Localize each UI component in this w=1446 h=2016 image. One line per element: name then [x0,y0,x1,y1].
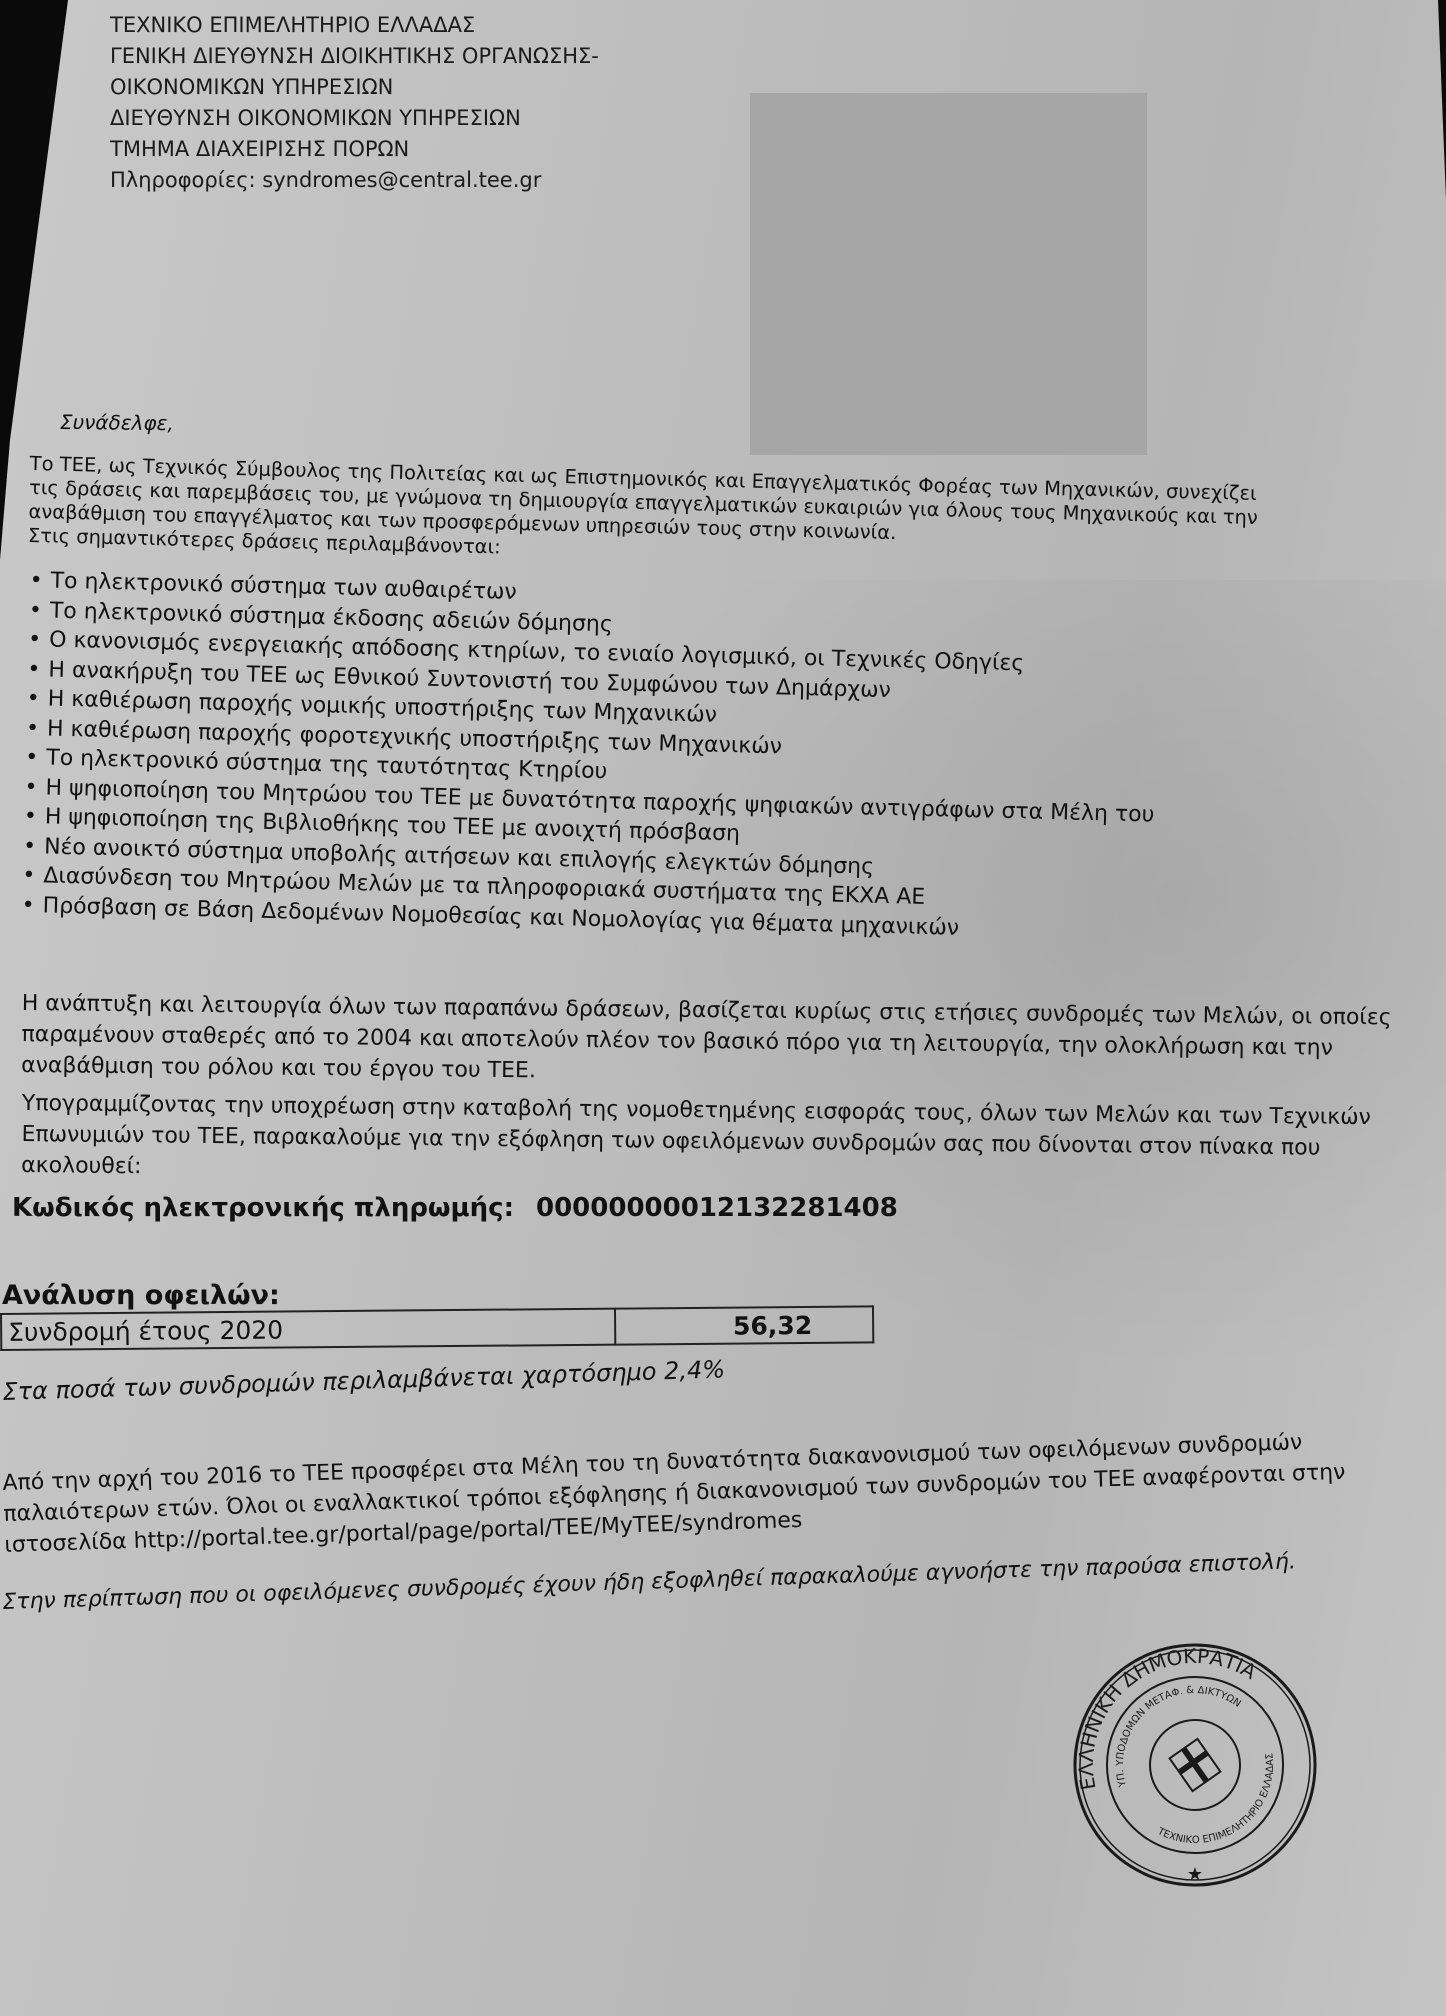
redacted-address-block [750,93,1147,455]
header-line: ΤΕΧΝΙΚΟ ΕΠΙΜΕΛΗΤΗΡΙΟ ΕΛΛΑΔΑΣ [110,10,599,41]
svg-text:ΕΛΛΗΝΙΚΗ ΔΗΜΟΚΡΑΤΙΑ: ΕΛΛΗΝΙΚΗ ΔΗΜΟΚΡΑΤΙΑ [1070,1640,1267,1800]
debts-title: Ανάλυση οφειλών: [2,1280,280,1311]
funding-paragraph: Η ανάπτυξη και λειτουργία όλων των παραπ… [21,988,1392,1095]
header-line: ΓΕΝΙΚΗ ΔΙΕΥΘΥΝΣΗ ΔΙΟΙΚΗΤΙΚΗΣ ΟΡΓΑΝΩΣΗΣ- [110,41,599,72]
debt-label: Συνδρομή έτους 2020 [1,1309,615,1350]
actions-list: Το ηλεκτρονικό σύστημα των αυθαιρέτων Το… [21,566,1159,948]
payment-code-value: 00000000012132281408 [536,1193,898,1223]
header-line: ΟΙΚΟΝΟΜΙΚΩΝ ΥΠΗΡΕΣΙΩΝ [110,72,599,103]
official-seal-icon: ΕΛΛΗΝΙΚΗ ΔΗΜΟΚΡΑΤΙΑ ΥΠ. ΥΠΟΔΟΜΩΝ ΜΕΤΑΦ. … [1070,1640,1320,1890]
payment-code-label: Κωδικός ηλεκτρονικής πληρωμής: [12,1193,514,1223]
debt-amount: 56,32 [615,1306,873,1344]
svg-text:★: ★ [1187,1864,1203,1885]
greeting: Συνάδελφε, [60,410,174,435]
payment-request-paragraph: Υπογραμμίζοντας την υποχρέωση στην καταβ… [21,1088,1371,1195]
letter-header: ΤΕΧΝΙΚΟ ΕΠΙΜΕΛΗΤΗΡΙΟ ΕΛΛΑΔΑΣ ΓΕΝΙΚΗ ΔΙΕΥ… [110,10,599,196]
header-line: ΔΙΕΥΘΥΝΣΗ ΟΙΚΟΝΟΜΙΚΩΝ ΥΠΗΡΕΣΙΩΝ [110,103,599,134]
header-line: ΤΜΗΜΑ ΔΙΑΧΕΙΡΙΣΗΣ ΠΟΡΩΝ [110,134,599,165]
table-row: Συνδρομή έτους 2020 56,32 [1,1306,873,1350]
svg-text:ΥΠ. ΥΠΟΔΟΜΩΝ ΜΕΤΑΦ. & ΔΙΚΤΥΩΝ: ΥΠ. ΥΠΟΔΟΜΩΝ ΜΕΤΑΦ. & ΔΙΚΤΥΩΝ [1087,1656,1246,1792]
debts-table: Συνδρομή έτους 2020 56,32 [0,1305,874,1351]
info-email: Πληροφορίες: syndromes@central.tee.gr [110,165,599,196]
payment-code-row: Κωδικός ηλεκτρονικής πληρωμής:0000000001… [12,1193,898,1223]
